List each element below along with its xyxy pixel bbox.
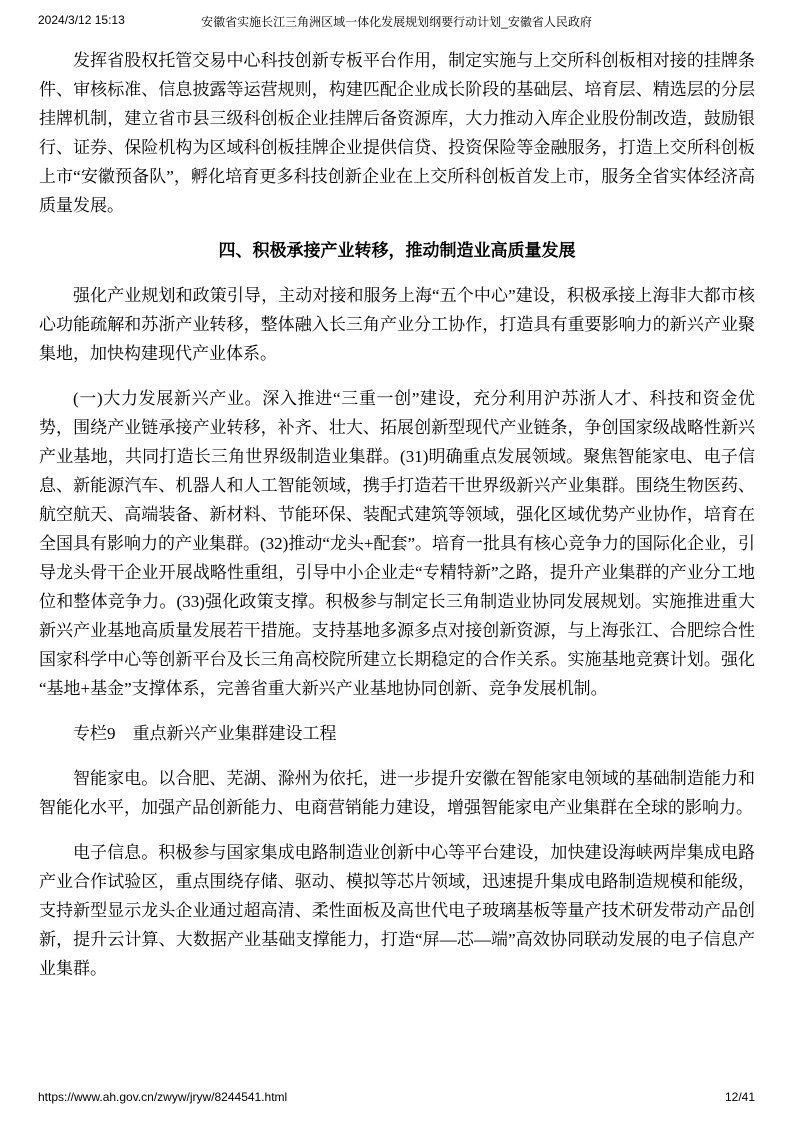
document-content: 发挥省股权托管交易中心科技创新专板平台作用，制定实施与上交所科创板相对接的挂牌条… xyxy=(39,46,755,983)
panel-9-title: 专栏9 重点新兴产业集群建设工程 xyxy=(39,719,755,748)
section-heading-four: 四、积极承接产业转移，推动制造业高质量发展 xyxy=(39,236,755,265)
print-footer: https://www.ah.gov.cn/zwyw/jryw/8244541.… xyxy=(38,1090,755,1104)
print-page: 2024/3/12 15:13 安徽省实施长江三角洲区域一体化发展规划纲要行动计… xyxy=(0,0,793,1122)
paragraph-electronic-information: 电子信息。积极参与国家集成电路制造业创新中心等平台建设，加快建设海峡两岸集成电路… xyxy=(39,838,755,983)
page-number: 12/41 xyxy=(725,1090,755,1104)
paragraph-smart-appliances: 智能家电。以合肥、芜湖、滁州为依托，进一步提升安徽在智能家电领域的基础制造能力和… xyxy=(39,764,755,822)
paragraph-emerging-industries: (一)大力发展新兴产业。深入推进“三重一创”建设，充分利用沪苏浙人才、科技和资金… xyxy=(39,384,755,703)
paragraph-industry-transfer-overview: 强化产业规划和政策引导，主动对接和服务上海“五个中心”建设，积极承接上海非大都市… xyxy=(39,281,755,368)
source-url: https://www.ah.gov.cn/zwyw/jryw/8244541.… xyxy=(38,1090,287,1104)
paragraph-capital-market: 发挥省股权托管交易中心科技创新专板平台作用，制定实施与上交所科创板相对接的挂牌条… xyxy=(39,46,755,220)
print-datetime: 2024/3/12 15:13 xyxy=(38,13,125,27)
print-header: 2024/3/12 15:13 安徽省实施长江三角洲区域一体化发展规划纲要行动计… xyxy=(0,13,793,29)
